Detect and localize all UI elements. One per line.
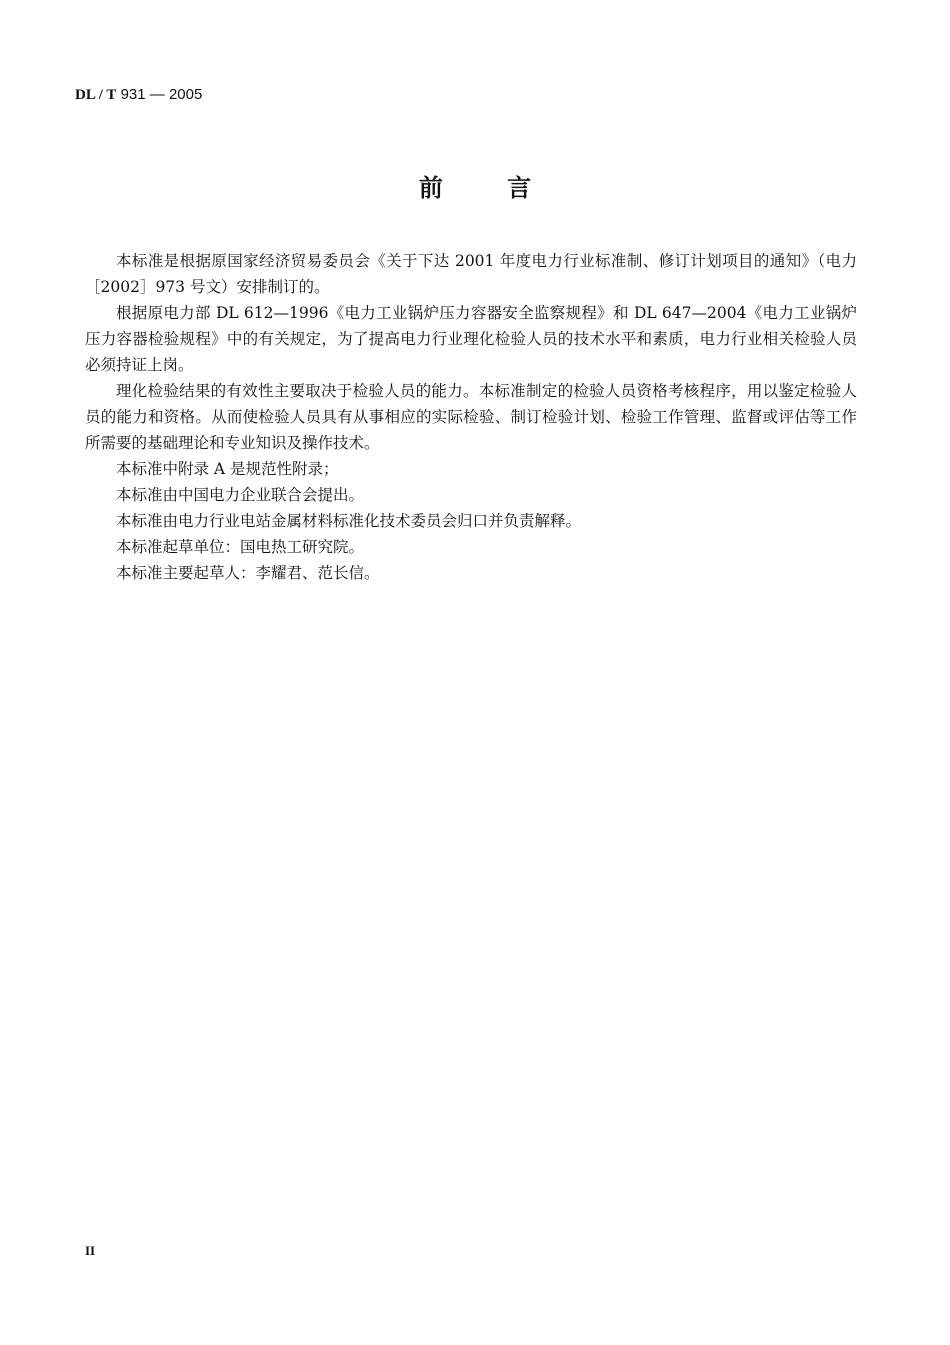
standard-code: DL / T 931 — 2005 — [75, 86, 202, 104]
paragraph-proposer: 本标准由中国电力企业联合会提出。 — [85, 482, 857, 508]
paragraph-purpose: 理化检验结果的有效性主要取决于检验人员的能力。本标准制定的检验人员资格考核程序，… — [85, 378, 857, 456]
foreword-body: 本标准是根据原国家经济贸易委员会《关于下达 2001 年度电力行业标准制、修订计… — [85, 248, 857, 586]
paragraph-committee: 本标准由电力行业电站金属材料标准化技术委员会归口并负责解释。 — [85, 508, 857, 534]
paragraph-drafting-unit: 本标准起草单位：国电热工研究院。 — [85, 534, 857, 560]
title-char-1: 前 — [419, 168, 443, 203]
paragraph-origin: 本标准是根据原国家经济贸易委员会《关于下达 2001 年度电力行业标准制、修订计… — [85, 248, 857, 300]
page-number: II — [85, 1243, 95, 1259]
paragraph-appendix: 本标准中附录 A 是规范性附录； — [85, 456, 857, 482]
page-title: 前 言 — [0, 168, 950, 203]
paragraph-basis: 根据原电力部 DL 612—1996《电力工业锅炉压力容器安全监察规程》和 DL… — [85, 300, 857, 378]
standard-prefix: DL / T — [75, 87, 116, 103]
standard-number: 931 — 2005 — [121, 86, 203, 103]
paragraph-drafters: 本标准主要起草人：李耀君、范长信。 — [85, 560, 857, 586]
title-char-2: 言 — [507, 168, 531, 203]
